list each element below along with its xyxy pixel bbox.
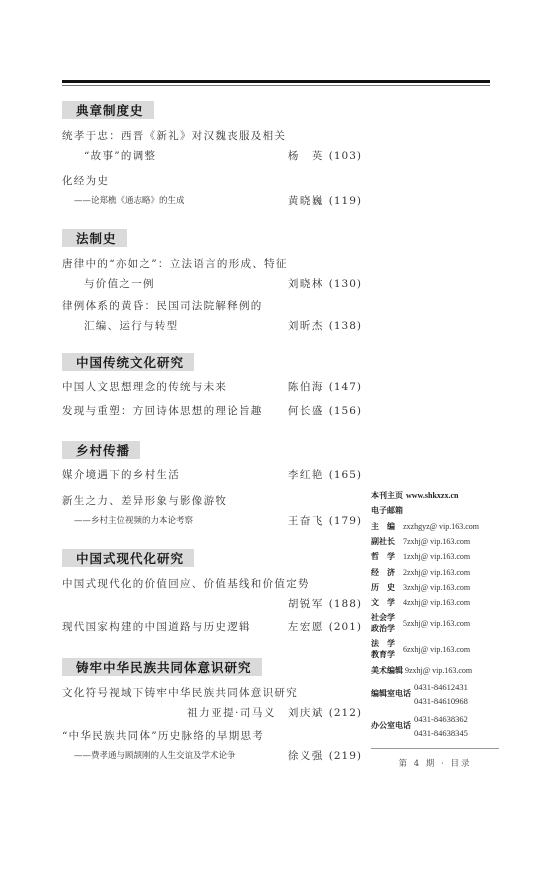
toc-entry[interactable]: 现代国家构建的中国道路与历史逻辑 左宏愿 (201) (62, 617, 362, 637)
entry-title-line: 统孝于忠：西晋《新礼》对汉魏丧服及相关 (62, 126, 362, 146)
entry-page: (138) (329, 320, 362, 332)
phone-label: 编辑室电话 (371, 688, 411, 699)
phone-row: 编辑室电话 0431-84612431 0431-84610968 (371, 678, 499, 710)
header-rule-thick (62, 80, 490, 83)
phone-number[interactable]: 0431-84610968 (414, 694, 468, 708)
email-address[interactable]: 3zxhj@ vip.163.com (403, 583, 470, 592)
section-title: 铸牢中华民族共同体意识研究 (62, 658, 262, 676)
homepage-row: 本刊主页 www.shkxzx.cn (371, 488, 499, 503)
entry-page: (119) (329, 195, 362, 207)
entry-page: (179) (329, 515, 362, 527)
email-row: 经 济 2zxhj@ vip.163.com (371, 564, 499, 579)
toc-entry[interactable]: 媒介境遇下的乡村生活 李红艳 (165) (62, 465, 362, 485)
entry-author-page: 徐义强 (219) (288, 746, 362, 766)
art-editor-label: 美术编辑 (371, 665, 403, 676)
section-fazhi: 法制史 (62, 228, 127, 247)
entry-title-line: 新生之力、差异形象与影像游牧 (62, 491, 362, 511)
entry-author: 陈伯海 (288, 381, 324, 393)
email-label: 副社长 (371, 536, 401, 547)
homepage-label: 本刊主页 (371, 490, 403, 501)
toc-entry[interactable]: 唐律中的“亦如之”：立法语言的形成、特征 与价值之一例 刘晓林 (130) (62, 254, 362, 294)
phone-number[interactable]: 0431-84638345 (414, 726, 468, 740)
entry-author: 左宏愿 (288, 621, 324, 633)
contact-sidebar: 本刊主页 www.shkxzx.cn 电子邮箱 主 编 zxzhgyz@ vip… (371, 488, 499, 769)
entry-author-page: 王奋飞 (179) (288, 511, 362, 531)
email-row: 副社长 7zxhj@ vip.163.com (371, 534, 499, 549)
entry-author-page: 刘晓林 (130) (288, 274, 362, 294)
section-title: 乡村传播 (62, 441, 140, 459)
email-label-line: 教育学 (371, 649, 401, 660)
email-row: 主 编 zxzhgyz@ vip.163.com (371, 519, 499, 534)
section-dianzhang: 典章制度史 (62, 100, 362, 119)
entry-page: (156) (329, 405, 362, 417)
entry-author-page: 杨 英 (103) (288, 146, 362, 166)
email-label: 哲 学 (371, 551, 401, 562)
email-address[interactable]: 4zxhj@ vip.163.com (403, 598, 470, 607)
email-row: 文 学 4zxhj@ vip.163.com (371, 595, 499, 610)
email-label-line: 社会学 (371, 612, 401, 623)
homepage-url[interactable]: www.shkxzx.cn (406, 491, 458, 500)
entry-author: 杨 英 (288, 150, 324, 162)
phone-row: 办公室电话 0431-84638362 0431-84638345 (371, 710, 499, 742)
toc-entry[interactable]: 发现与重塑：方回诗体思想的理论旨趣 何长盛 (156) (62, 401, 362, 421)
email-row-stacked: 法 学 教育学 6zxhj@ vip.163.com (371, 636, 499, 662)
entry-title-line: 化经为史 (62, 171, 362, 191)
entry-author: 胡锐军 (288, 598, 324, 610)
email-heading: 电子邮箱 (371, 505, 403, 516)
entry-author-page: 陈伯海 (147) (288, 377, 362, 397)
email-address[interactable]: 5zxhj@ vip.163.com (403, 619, 470, 628)
entry-author: 祖力亚提·司马义 刘庆斌 (187, 707, 324, 719)
toc-entry[interactable]: 新生之力、差异形象与影像游牧 ——乡村主位视频的力本论考察 王奋飞 (179) (62, 491, 362, 531)
art-editor-email[interactable]: 9zxhj@ vip.163.com (405, 666, 472, 675)
section-chuantong: 中国传统文化研究 (62, 352, 194, 371)
section-title: 典章制度史 (62, 101, 154, 119)
email-row: 历 史 3zxhj@ vip.163.com (371, 580, 499, 595)
section-xiandaihua: 中国式现代化研究 (62, 548, 194, 567)
entry-title-line: 中国式现代化的价值回应、价值基线和价值定势 (62, 574, 362, 594)
email-address[interactable]: 1zxhj@ vip.163.com (403, 552, 470, 561)
email-row-stacked: 社会学 政治学 5zxhj@ vip.163.com (371, 610, 499, 636)
entry-author: 刘晓林 (288, 278, 324, 290)
toc-entry[interactable]: 文化符号视域下铸牢中华民族共同体意识研究 祖力亚提·司马义 刘庆斌 (212) (62, 683, 362, 723)
section-zhulao: 铸牢中华民族共同体意识研究 (62, 657, 262, 676)
entry-author-page: 何长盛 (156) (288, 401, 362, 421)
email-address[interactable]: 2zxhj@ vip.163.com (403, 568, 470, 577)
toc-entry[interactable]: “中华民族共同体”历史脉络的早期思考 ——费孝通与顾颉刚的人生交谊及学术论争 徐… (62, 726, 362, 766)
email-label-stacked: 社会学 政治学 (371, 612, 401, 634)
section-xiangcun: 乡村传播 (62, 440, 140, 459)
entry-page: (188) (329, 598, 362, 610)
email-label: 主 编 (371, 521, 401, 532)
email-label: 文 学 (371, 597, 401, 608)
entry-title-line: “中华民族共同体”历史脉络的早期思考 (62, 726, 362, 746)
entry-title-line: 唐律中的“亦如之”：立法语言的形成、特征 (62, 254, 362, 274)
entry-author-page: 刘昕杰 (138) (288, 316, 362, 336)
entry-page: (147) (329, 381, 362, 393)
email-label-line: 法 学 (371, 638, 401, 649)
email-heading-row: 电子邮箱 (371, 503, 499, 518)
phone-label: 办公室电话 (371, 720, 411, 731)
entry-author: 刘昕杰 (288, 320, 324, 332)
issue-footer: 第 4 期 · 目录 (371, 757, 499, 769)
email-address[interactable]: 6zxhj@ vip.163.com (403, 645, 470, 654)
email-label: 历 史 (371, 582, 401, 593)
toc-entry[interactable]: 中国式现代化的价值回应、价值基线和价值定势 胡锐军 (188) (62, 574, 362, 614)
header-rule-thin (62, 85, 490, 87)
entry-author-page: 祖力亚提·司马义 刘庆斌 (212) (187, 703, 362, 723)
phone-number[interactable]: 0431-84612431 (414, 680, 468, 694)
toc-entry[interactable]: 中国人文思想理念的传统与未来 陈伯海 (147) (62, 377, 362, 397)
entry-author: 徐义强 (288, 750, 324, 762)
entry-page: (103) (329, 150, 362, 162)
email-row: 哲 学 1zxhj@ vip.163.com (371, 549, 499, 564)
phone-numbers: 0431-84612431 0431-84610968 (414, 680, 468, 708)
phone-number[interactable]: 0431-84638362 (414, 712, 468, 726)
art-editor-row: 美术编辑 9zxhj@ vip.163.com (371, 662, 499, 677)
email-label-stacked: 法 学 教育学 (371, 638, 401, 660)
email-address[interactable]: zxzhgyz@ vip.163.com (403, 522, 479, 531)
entry-author-page: 黄晓巍 (119) (288, 191, 362, 211)
email-label-line: 政治学 (371, 623, 401, 634)
toc-entry[interactable]: 统孝于忠：西晋《新礼》对汉魏丧服及相关 “故事”的调整 杨 英 (103) (62, 126, 362, 166)
entry-author-page: 李红艳 (165) (288, 465, 362, 485)
entry-author: 黄晓巍 (288, 195, 324, 207)
entry-author-page: 左宏愿 (201) (288, 617, 362, 637)
entry-author: 王奋飞 (288, 515, 324, 527)
entry-title-line: 文化符号视域下铸牢中华民族共同体意识研究 (62, 683, 362, 703)
entry-author-page: 胡锐军 (188) (288, 594, 362, 614)
sidebar-divider (371, 748, 499, 749)
entry-author: 李红艳 (288, 469, 324, 481)
toc-entry[interactable]: 化经为史 ——论郑樵《通志略》的生成 黄晓巍 (119) (62, 171, 362, 211)
section-title: 中国式现代化研究 (62, 549, 194, 567)
email-label: 经 济 (371, 567, 401, 578)
phone-numbers: 0431-84638362 0431-84638345 (414, 712, 468, 740)
entry-page: (201) (329, 621, 362, 633)
section-title: 法制史 (62, 229, 127, 247)
email-address[interactable]: 7zxhj@ vip.163.com (403, 537, 470, 546)
entry-page: (219) (329, 750, 362, 762)
section-title: 中国传统文化研究 (62, 353, 194, 371)
entry-page: (165) (329, 469, 362, 481)
entry-page: (212) (329, 707, 362, 719)
entry-page: (130) (329, 278, 362, 290)
entry-title-line: 律例体系的黄昏：民国司法院解释例的 (62, 296, 362, 316)
entry-author: 何长盛 (288, 405, 324, 417)
toc-entry[interactable]: 律例体系的黄昏：民国司法院解释例的 汇编、运行与转型 刘昕杰 (138) (62, 296, 362, 336)
